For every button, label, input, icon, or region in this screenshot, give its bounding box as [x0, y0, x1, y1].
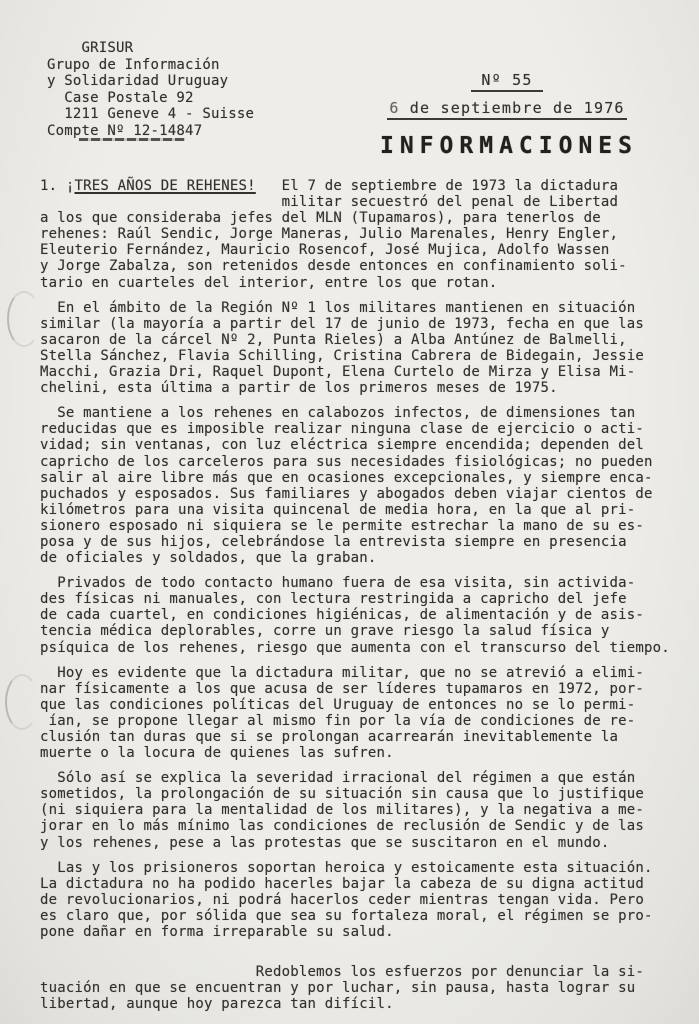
issue-number: Nº 55	[471, 71, 542, 92]
issue-date-row: 6 de septiembre de 1976	[372, 92, 642, 120]
org-address-block: GRISUR Grupo de Información y Solidarida…	[47, 40, 254, 140]
article-body: 1. ¡TRES AÑOS DE REHENES! El 7 de septie…	[40, 178, 670, 1021]
header-divider	[79, 138, 185, 141]
document-page: GRISUR Grupo de Información y Solidarida…	[0, 0, 699, 1024]
paragraph-5: Hoy es evidente que la dictadura militar…	[40, 665, 670, 762]
paragraph-7: Las y los prisioneros soportan heroica y…	[40, 860, 670, 940]
issue-number-row: Nº 55	[372, 70, 642, 92]
scan-mark-icon	[5, 674, 39, 730]
issue-block: Nº 55 6 de septiembre de 1976 INFORMACIO…	[372, 70, 642, 159]
article-headline: TRES AÑOS DE REHENES!	[75, 178, 256, 194]
scan-mark-icon	[7, 291, 41, 347]
paragraph-6: Sólo así se explica la severidad irracio…	[40, 770, 670, 850]
paragraph-2: En el ámbito de la Región Nº 1 los milit…	[40, 300, 670, 397]
bulletin-title: INFORMACIONES	[376, 133, 642, 159]
paragraph-8: Redoblemos los esfuerzos por denunciar l…	[40, 964, 670, 1012]
paragraph-3: Se mantiene a los rehenes en calabozos i…	[40, 405, 670, 566]
issue-date: 6 de septiembre de 1976	[387, 99, 626, 120]
paragraph-4: Privados de todo contacto humano fuera d…	[40, 575, 670, 655]
paragraph-1: 1. ¡TRES AÑOS DE REHENES! El 7 de septie…	[40, 178, 670, 291]
paragraph-1-text: El 7 de septiembre de 1973 la dictadura …	[40, 178, 627, 291]
item-number: 1. ¡	[40, 178, 75, 194]
